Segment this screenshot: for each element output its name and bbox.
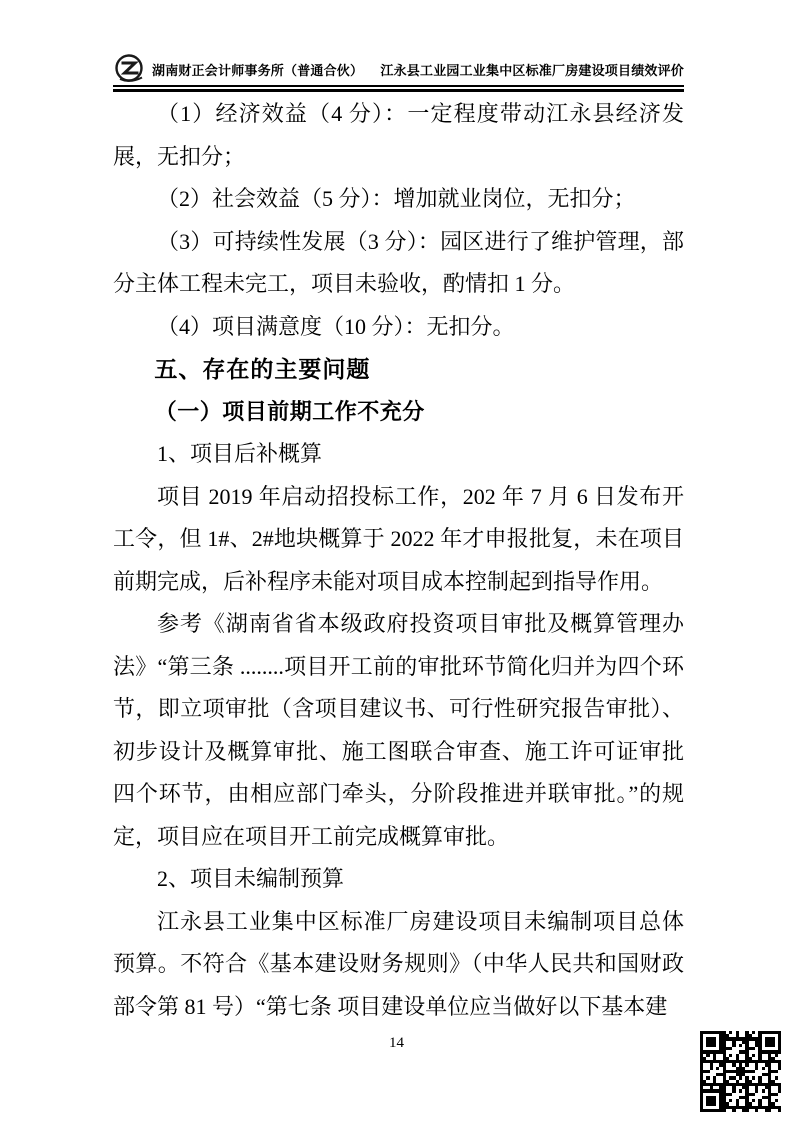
document-page: 湖南财正会计师事务所（普通合伙） 江永县工业园工业集中区标准厂房建设项目绩效评价… (0, 0, 793, 1122)
header-project-title: 江永县工业园工业集中区标准厂房建设项目绩效评价 (380, 60, 684, 79)
document-body: （1）经济效益（4 分）：一定程度带动江永县经济发展，无扣分； （2）社会效益（… (113, 93, 684, 1028)
header-divider (113, 85, 684, 92)
page-header: 湖南财正会计师事务所（普通合伙） 江永县工业园工业集中区标准厂房建设项目绩效评价 (113, 54, 684, 92)
firm-logo-icon (113, 53, 147, 85)
item-heading-no-budget: 2、项目未编制预算 (113, 858, 684, 901)
paragraph-sustainability: （3）可持续性发展（3 分）：园区进行了维护管理，部分主体工程未完工，项目未验收… (113, 221, 684, 306)
paragraph-social-benefit: （2）社会效益（5 分）：增加就业岗位，无扣分； (113, 178, 684, 221)
paragraph-satisfaction: （4）项目满意度（10 分）：无扣分。 (113, 306, 684, 349)
sub-heading-early-stage-work: （一）项目前期工作不充分 (113, 391, 684, 434)
page-footer: 14 (0, 1035, 793, 1052)
qr-code (700, 1031, 781, 1112)
page-number: 14 (389, 1035, 404, 1051)
paragraph-regulation-quote: 参考《湖南省省本级政府投资项目审批及概算管理办法》“第三条 ........项目… (113, 603, 684, 858)
item-heading-budget-backfill: 1、项目后补概算 (113, 433, 684, 476)
header-firm-name: 湖南财正会计师事务所（普通合伙） (152, 60, 363, 79)
section-heading-main-problems: 五、存在的主要问题 (113, 348, 684, 391)
paragraph-economic-benefit: （1）经济效益（4 分）：一定程度带动江永县经济发展，无扣分； (113, 93, 684, 178)
paragraph-budget-rules: 江永县工业集中区标准厂房建设项目未编制项目总体预算。不符合《基本建设财务规则》（… (113, 901, 684, 1029)
header-rule-bottom (113, 89, 684, 92)
paragraph-bidding-timeline: 项目 2019 年启动招投标工作，202 年 7 月 6 日发布开工令，但 1#… (113, 476, 684, 604)
